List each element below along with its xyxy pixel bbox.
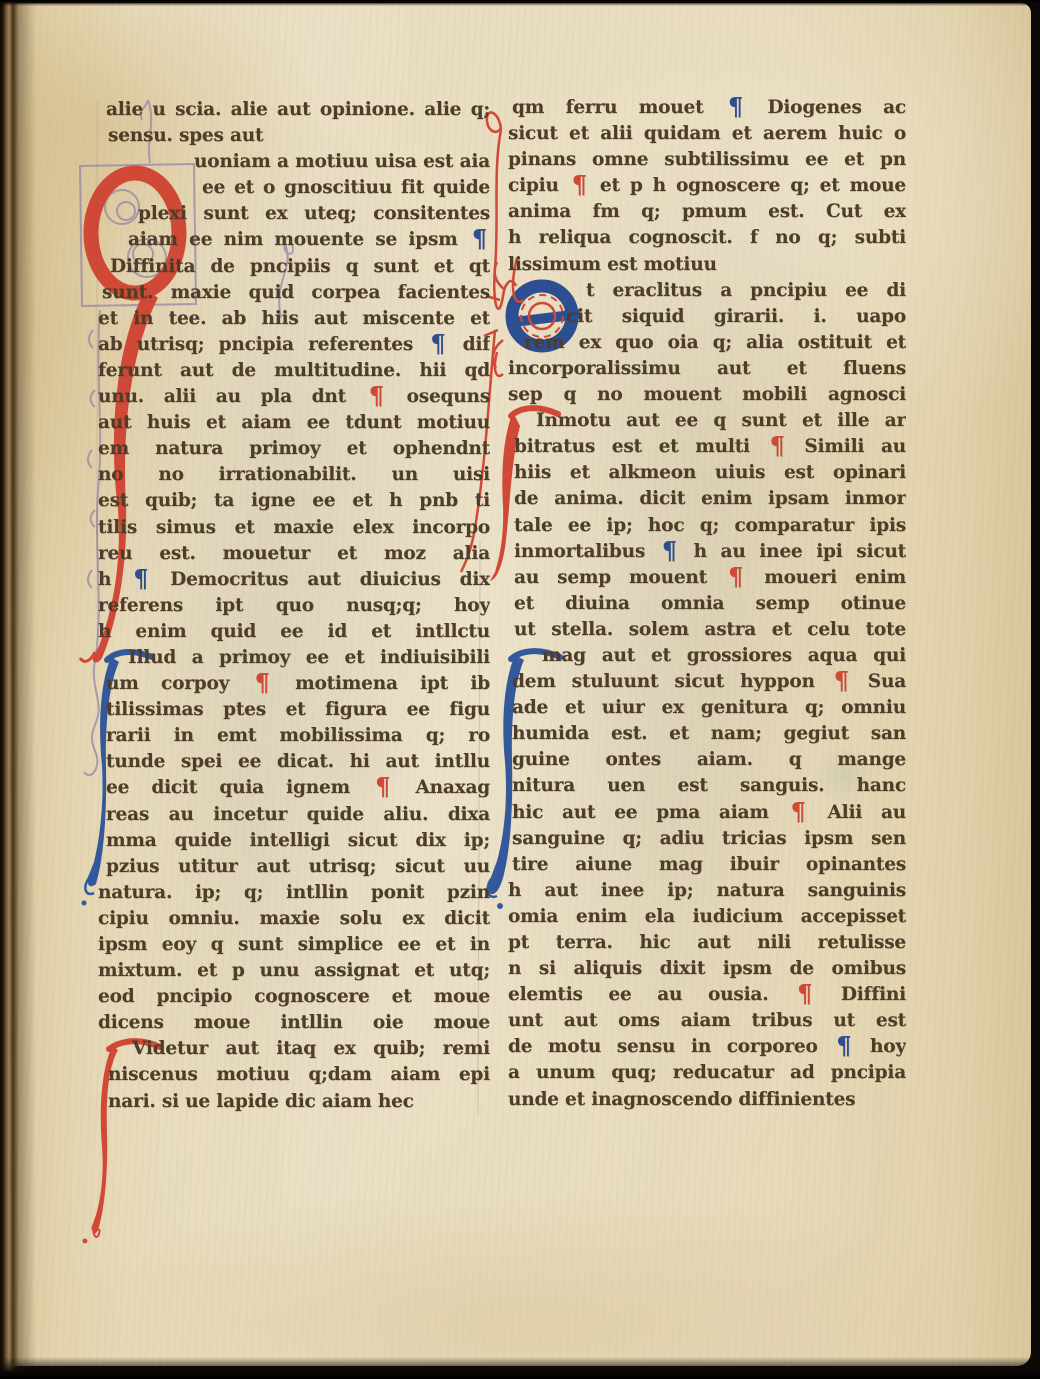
capitulum-mark-red: ¶ <box>255 671 270 697</box>
text-line: h aut inee ip; natura sanguinis <box>508 878 906 904</box>
capitulum-mark-red: ¶ <box>797 982 812 1008</box>
text-line: lissimum est motiuu <box>508 252 906 278</box>
capitulum-mark-red: ¶ <box>770 434 785 460</box>
text-line: reu est. mouetur et moz alia <box>98 541 490 567</box>
text-line: pzius utitur aut utrisq; sicut uu <box>98 854 490 880</box>
text-line: mma quide intelligi sicut dix ip; <box>98 828 490 854</box>
text-line: h enim quid ee id et intllctu <box>98 619 490 645</box>
text-line: natura. ip; q; intllin ponit pzin <box>98 880 490 906</box>
capitulum-mark-red: ¶ <box>369 384 384 410</box>
text-line: eod pncipio cognoscere et moue <box>98 984 490 1010</box>
text-line: tilis simus et maxie elex incorpo <box>98 515 490 541</box>
text-line: t eraclitus a pncipiu ee di <box>508 278 906 304</box>
text-line: unu. alii au pla dnt ¶ osequns <box>98 384 490 410</box>
text-line: cit siquid girarii. i. uapo <box>508 304 906 330</box>
text-line: mixtum. et p unu assignat et utq; <box>98 958 490 984</box>
text-line: hiis et alkmeon uiuis est opinari <box>508 460 906 486</box>
text-line: rarii in emt mobilissima q; ro <box>98 723 490 749</box>
text-line: h reliqua cognoscit. f no q; subti <box>508 225 906 251</box>
text-line: elemtis ee au ousia. ¶ Diffini <box>508 982 906 1008</box>
text-line: bitratus est et multi ¶ Simili au <box>508 434 906 460</box>
text-line: ut stella. solem astra et celu tote <box>508 617 906 643</box>
text-line: ipsm eoy q sunt simplice ee et in <box>98 932 490 958</box>
text-line: nitura uen est sanguis. hanc <box>508 773 906 799</box>
text-line: et in tee. ab hiis aut miscente et <box>98 306 490 332</box>
text-line: est quib; ta igne ee et h pnb ti <box>98 488 490 514</box>
text-line: nari. si ue lapide dic aiam hec <box>98 1089 490 1115</box>
text-line: ee dicit quia ignem ¶ Anaxag <box>98 775 490 801</box>
text-line: rem ex quo oia q; alia ostituit et <box>508 330 906 356</box>
text-line: no no irrationabilit. un uisi <box>98 462 490 488</box>
text-line: qm ferru mouet ¶ Diogenes ac <box>508 95 906 121</box>
text-line: pinans omne subtilissimu ee et pn <box>508 147 906 173</box>
text-line: tilissimas ptes et figura ee figu <box>98 697 490 723</box>
text-line: de anima. dicit enim ipsam inmor <box>508 486 906 512</box>
text-line: tale ee ip; hoc q; comparatur ipis <box>508 513 906 539</box>
text-line: guine ontes aiam. q mange <box>508 747 906 773</box>
text-line: inmortalibus ¶ h au inee ipi sicut <box>508 539 906 565</box>
text-line: reas au incetur quide aliu. dixa <box>98 802 490 828</box>
text-line: Illud a primoy ee et indiuisibili <box>98 645 490 671</box>
capitulum-mark-red: ¶ <box>728 565 743 591</box>
text-line: unt aut oms aiam tribus ut est <box>508 1008 906 1034</box>
text-line: ade et uiur ex genitura q; omniu <box>508 695 906 721</box>
text-line: cipiu ¶ et p h ognoscere q; et moue <box>508 173 906 199</box>
text-line: omia enim ela iudicium accepisset <box>508 904 906 930</box>
text-line: sicut et alii quidam et aerem huic o <box>508 121 906 147</box>
capitulum-mark-red: ¶ <box>791 800 806 826</box>
text-line: unde et inagnoscendo diffinientes <box>508 1087 906 1113</box>
text-line: n si aliquis dixit ipsm de omibus <box>508 956 906 982</box>
capitulum-mark-blue: ¶ <box>728 95 743 121</box>
text-line: alie u scia. alie aut opinione. alie q; <box>98 97 490 123</box>
text-line: sanguine q; adiu tricias ipsm sen <box>508 826 906 852</box>
text-line: plexi sunt ex uteq; consitentes <box>98 201 490 227</box>
capitulum-mark-red: ¶ <box>572 173 587 199</box>
capitulum-mark-red: ¶ <box>375 775 390 801</box>
left-text-column: alie u scia. alie aut opinione. alie q;s… <box>98 97 490 1115</box>
text-line: sensu. spes aut <box>98 123 490 149</box>
text-line: humida est. et nam; gegiut san <box>508 721 906 747</box>
capitulum-mark-blue: ¶ <box>472 227 487 253</box>
text-line: cipiu omniu. maxie solu ex dicit <box>98 906 490 932</box>
text-line: incorporalissimu aut et fluens <box>508 356 906 382</box>
text-line: um corpoy ¶ motimena ipt ib <box>98 671 490 697</box>
text-line: uoniam a motiuu uisa est aia <box>98 149 490 175</box>
text-line: em natura primoy et ophendnt <box>98 436 490 462</box>
text-line: hic aut ee pma aiam ¶ Alii au <box>508 800 906 826</box>
text-line: a unum quq; reducatur ad pncipia <box>508 1060 906 1086</box>
text-line: Diffinita de pncipiis q sunt et qt <box>98 254 490 280</box>
text-line: Videtur aut itaq ex quib; remi <box>98 1036 490 1062</box>
text-line: niscenus motiuu q;dam aiam epi <box>98 1062 490 1088</box>
text-line: referens ipt quo nusq;q; hoy <box>98 593 490 619</box>
text-line: aiam ee nim mouente se ipsm ¶ <box>98 227 490 253</box>
text-line: de motu sensu in corporeo ¶ hoy <box>508 1034 906 1060</box>
text-line: pt terra. hic aut nili retulisse <box>508 930 906 956</box>
text-line: aut huis et aiam ee tdunt motiuu <box>98 410 490 436</box>
text-line: ferunt aut de multitudine. hii qd <box>98 358 490 384</box>
capitulum-mark-blue: ¶ <box>662 539 677 565</box>
capitulum-mark-blue: ¶ <box>133 567 148 593</box>
right-text-column: qm ferru mouet ¶ Diogenes acsicut et ali… <box>508 95 906 1113</box>
text-line: ee et o gnoscitiuu fit quide o <box>98 175 490 201</box>
text-line: sunt. maxie quid corpea facientes <box>98 280 490 306</box>
text-line: et diuina omnia semp otinue <box>508 591 906 617</box>
capitulum-mark-blue: ¶ <box>430 332 445 358</box>
capitulum-mark-red: ¶ <box>834 669 849 695</box>
text-line: sep q no mouent mobili agnosci <box>508 382 906 408</box>
capitulum-mark-blue: ¶ <box>836 1034 851 1060</box>
text-line: mag aut et grossiores aqua qui <box>508 643 906 669</box>
text-line: h ¶ Democritus aut diuicius dix <box>98 567 490 593</box>
text-line: dem stuluunt sicut hyppon ¶ Sua <box>508 669 906 695</box>
text-line: tire aiune mag ibuir opinantes <box>508 852 906 878</box>
text-line: dicens moue intllin oie moue <box>98 1010 490 1036</box>
text-line: tunde spei ee dicat. hi aut intllu <box>98 749 490 775</box>
text-line: Inmotu aut ee q sunt et ille ar <box>508 408 906 434</box>
text-line: anima fm q; pmum est. Cut ex <box>508 199 906 225</box>
text-line: ab utrisq; pncipia referentes ¶ dif <box>98 332 490 358</box>
text-line: au semp mouent ¶ moueri enim <box>508 565 906 591</box>
manuscript-photo: alie u scia. alie aut opinione. alie q;s… <box>0 0 1040 1379</box>
